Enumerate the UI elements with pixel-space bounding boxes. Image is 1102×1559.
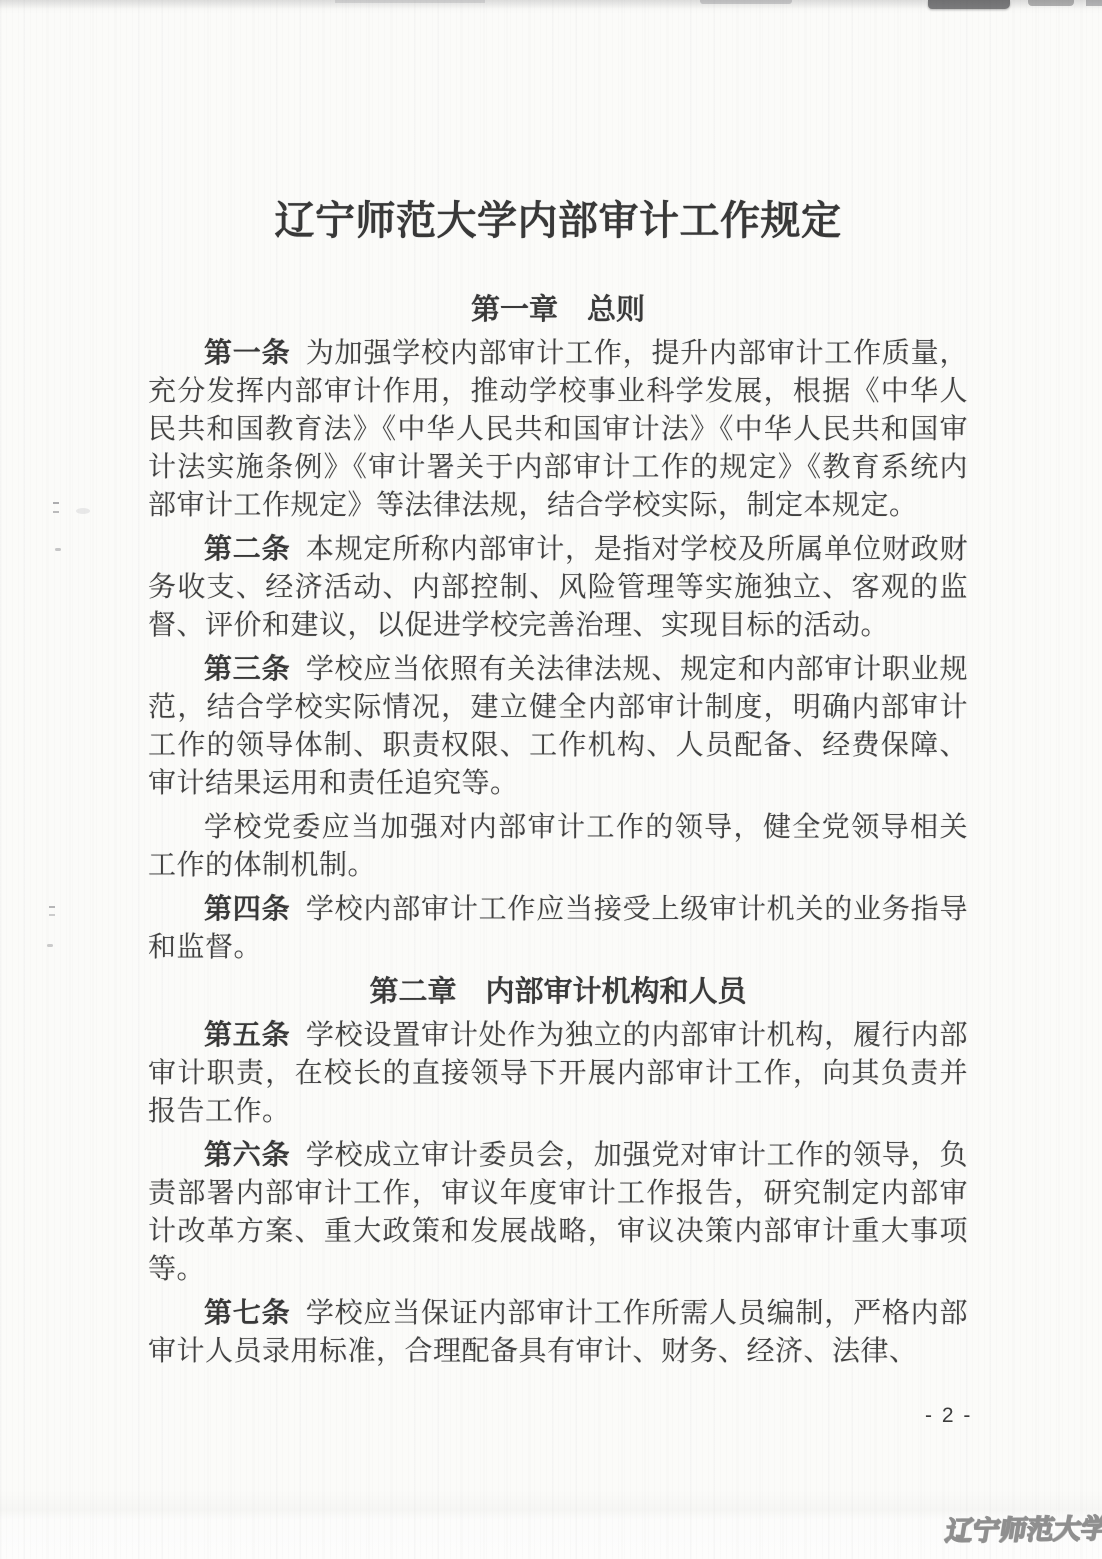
article-paragraph-5: 第五条学校设置审计处作为独立的内部审计机构，履行内部审计职责，在校长的直接领导下… — [148, 1017, 968, 1131]
article-paragraph-4: 第四条学校内部审计工作应当接受上级审计机关的业务指导和监督。 — [148, 891, 968, 967]
scan-smudge — [928, 0, 1010, 9]
plain-paragraph: 学校党委应当加强对内部审计工作的领导，健全党领导相关工作的体制机制。 — [148, 809, 968, 885]
article-label-2: 第二条 — [204, 534, 290, 565]
scan-smudge — [700, 0, 792, 4]
university-watermark: 辽宁师范大学 — [943, 1513, 1102, 1548]
plain-paragraph-text: 学校党委应当加强对内部审计工作的领导，健全党领导相关工作的体制机制。 — [148, 812, 968, 881]
page-number: - 2 - — [925, 1404, 972, 1428]
article-paragraph-3: 第三条学校应当依照有关法律法规、规定和内部审计职业规范，结合学校实际情况，建立健… — [148, 651, 968, 803]
article-label-3: 第三条 — [204, 654, 290, 685]
chapter-heading-1: 第一章 总则 — [148, 291, 968, 329]
article-paragraph-7: 第七条学校应当保证内部审计工作所需人员编制，严格内部审计人员录用标准，合理配备具… — [148, 1295, 968, 1371]
article-label-6: 第六条 — [204, 1140, 290, 1171]
article-paragraph-1: 第一条为加强学校内部审计工作，提升内部审计工作质量，充分发挥内部审计作用，推动学… — [148, 335, 968, 525]
scan-speck — [76, 508, 90, 514]
scan-speck — [47, 944, 53, 947]
scan-smudge — [335, 0, 485, 3]
scan-speck — [49, 906, 55, 916]
scan-smudge — [1086, 0, 1102, 6]
article-paragraph-6: 第六条学校成立审计委员会，加强党对审计工作的领导，负责部署内部审计工作，审议年度… — [148, 1137, 968, 1289]
chapter-heading-2: 第二章 内部审计机构和人员 — [148, 973, 968, 1011]
article-label-5: 第五条 — [204, 1020, 290, 1051]
scan-edge-band — [0, 0, 1102, 9]
scan-smudge — [1028, 0, 1074, 6]
article-label-1: 第一条 — [204, 338, 290, 369]
article-paragraph-2: 第二条本规定所称内部审计，是指对学校及所属单位财政财务收支、经济活动、内部控制、… — [148, 531, 968, 645]
article-label-4: 第四条 — [204, 894, 290, 925]
document-body: 辽宁师范大学内部审计工作规定 第一章 总则 第一条为加强学校内部审计工作，提升内… — [148, 197, 968, 1377]
article-label-7: 第七条 — [204, 1298, 290, 1329]
scan-speck — [53, 502, 59, 513]
scan-speck — [55, 548, 61, 551]
document-title: 辽宁师范大学内部审计工作规定 — [148, 197, 968, 245]
scanned-document-page: 辽宁师范大学内部审计工作规定 第一章 总则 第一条为加强学校内部审计工作，提升内… — [0, 0, 1102, 1559]
